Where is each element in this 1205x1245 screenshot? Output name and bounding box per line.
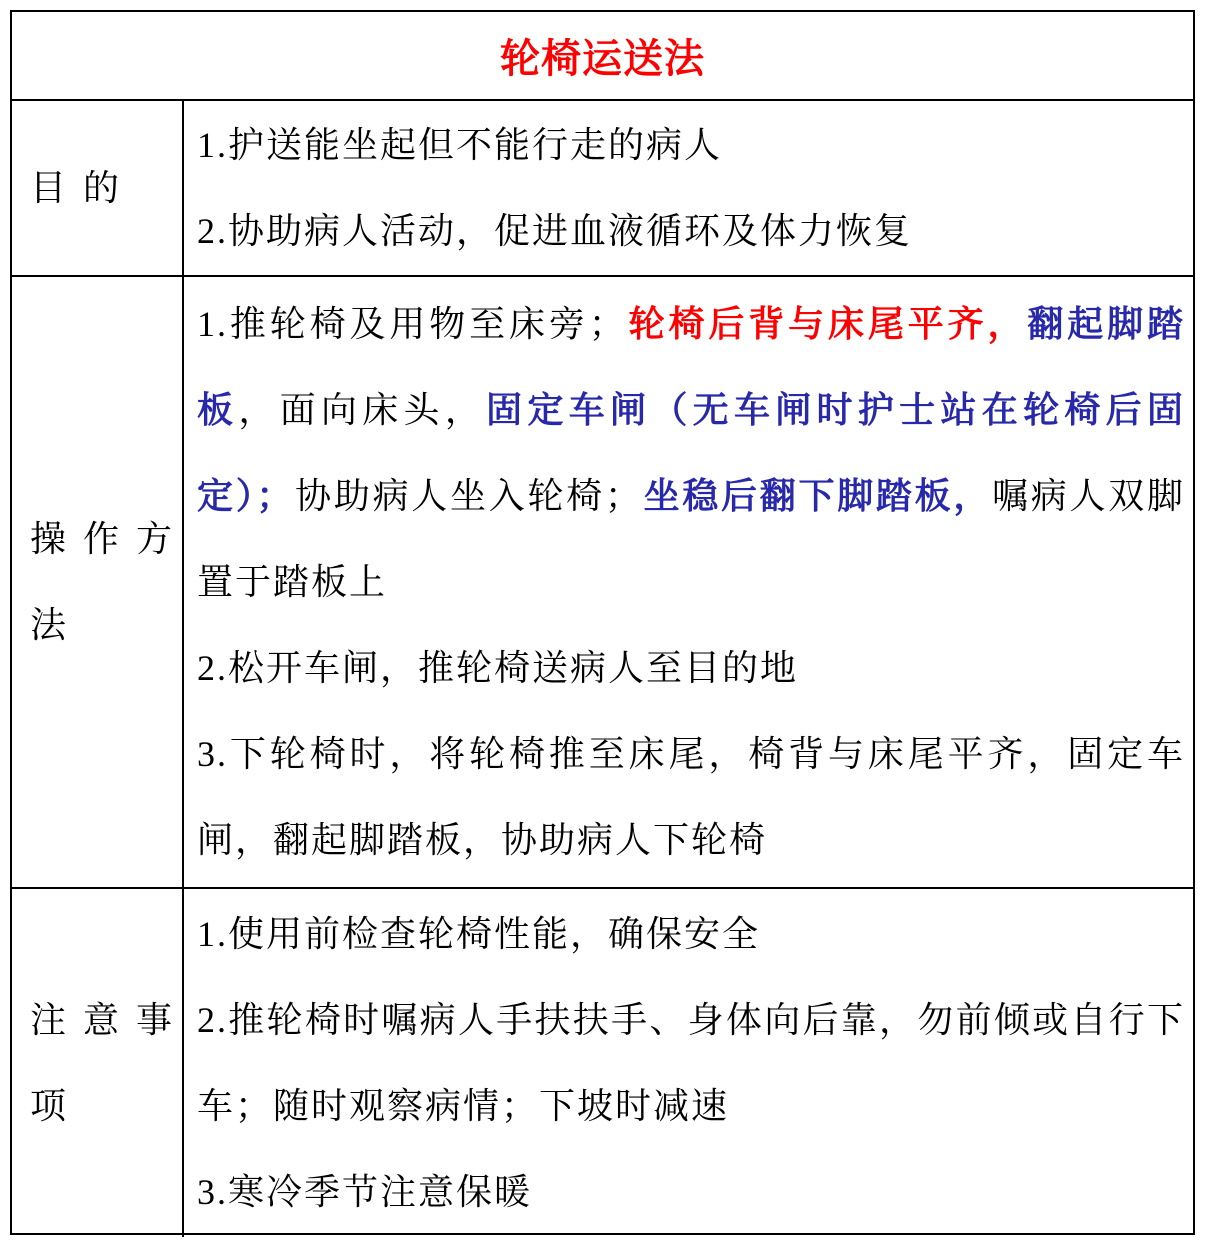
text-run: 2.推轮椅时嘱病人手扶扶手、身体向后靠，勿前倾或自行下车；随时观察病情；下坡时减… (197, 1000, 1185, 1126)
paragraph: 3.下轮椅时，将轮椅推至床尾，椅背与床尾平齐，固定车闸，翻起脚踏板，协助病人下轮… (197, 711, 1185, 883)
text-run: 3.下轮椅时，将轮椅推至床尾，椅背与床尾平齐，固定车闸，翻起脚踏板，协助病人下轮… (197, 734, 1185, 860)
paragraph: 1.护送能坐起但不能行走的病人 (197, 102, 1185, 188)
row-content-cell: 1.使用前检查轮椅性能，确保安全2.推轮椅时嘱病人手扶扶手、身体向后靠，勿前倾或… (184, 889, 1193, 1237)
row-label-line: 法 (30, 582, 172, 668)
table-row: 目 的1.护送能坐起但不能行走的病人2.协助病人活动，促进血液循环及体力恢复 (12, 99, 1193, 275)
text-run: 轮椅后背与床尾平齐， (627, 304, 1028, 344)
row-content-cell: 1.推轮椅及用物至床旁；轮椅后背与床尾平齐，翻起脚踏板，面向床头，固定车闸（无车… (184, 277, 1193, 887)
table-title: 轮椅运送法 (500, 27, 705, 84)
row-label-cell: 操 作 方法 (12, 277, 184, 887)
text-run: 2.松开车闸，推轮椅送病人至目的地 (197, 648, 798, 688)
paragraph: 1.推轮椅及用物至床旁；轮椅后背与床尾平齐，翻起脚踏板，面向床头，固定车闸（无车… (197, 281, 1185, 625)
document-page: 轮椅运送法 目 的1.护送能坐起但不能行走的病人2.协助病人活动，促进血液循环及… (0, 0, 1205, 1245)
text-run: 1.推轮椅及用物至床旁； (197, 304, 627, 344)
table-title-row: 轮椅运送法 (12, 12, 1193, 99)
paragraph: 3.寒冷季节注意保暖 (197, 1149, 1185, 1235)
text-run: 1.护送能坐起但不能行走的病人 (197, 125, 722, 165)
row-label-line: 项 (30, 1063, 172, 1149)
row-label-line: 注 意 事 (30, 977, 172, 1063)
row-content-cell: 1.护送能坐起但不能行走的病人2.协助病人活动，促进血液循环及体力恢复 (184, 101, 1193, 275)
text-run: 3.寒冷季节注意保暖 (197, 1172, 532, 1212)
paragraph: 2.推轮椅时嘱病人手扶扶手、身体向后靠，勿前倾或自行下车；随时观察病情；下坡时减… (197, 977, 1185, 1149)
text-run: 2.协助病人活动，促进血液循环及体力恢复 (197, 211, 912, 251)
row-label-line: 目 的 (30, 145, 172, 231)
text-run: 协助病人坐入轮椅； (294, 476, 642, 516)
paragraph: 1.使用前检查轮椅性能，确保安全 (197, 891, 1185, 977)
text-run: 1.使用前检查轮椅性能，确保安全 (197, 914, 760, 954)
row-label-cell: 注 意 事项 (12, 889, 184, 1237)
paragraph: 2.松开车闸，推轮椅送病人至目的地 (197, 625, 1185, 711)
row-label-cell: 目 的 (12, 101, 184, 275)
table-row: 操 作 方法1.推轮椅及用物至床旁；轮椅后背与床尾平齐，翻起脚踏板，面向床头，固… (12, 275, 1193, 887)
table-row: 注 意 事项1.使用前检查轮椅性能，确保安全2.推轮椅时嘱病人手扶扶手、身体向后… (12, 887, 1193, 1237)
text-run: 坐稳后翻下脚踏板， (643, 476, 992, 516)
text-run: ，面向床头， (238, 390, 486, 430)
wheelchair-transport-table: 轮椅运送法 目 的1.护送能坐起但不能行走的病人2.协助病人活动，促进血液循环及… (10, 10, 1195, 1235)
paragraph: 2.协助病人活动，促进血液循环及体力恢复 (197, 188, 1185, 274)
row-label-line: 操 作 方 (30, 496, 172, 582)
